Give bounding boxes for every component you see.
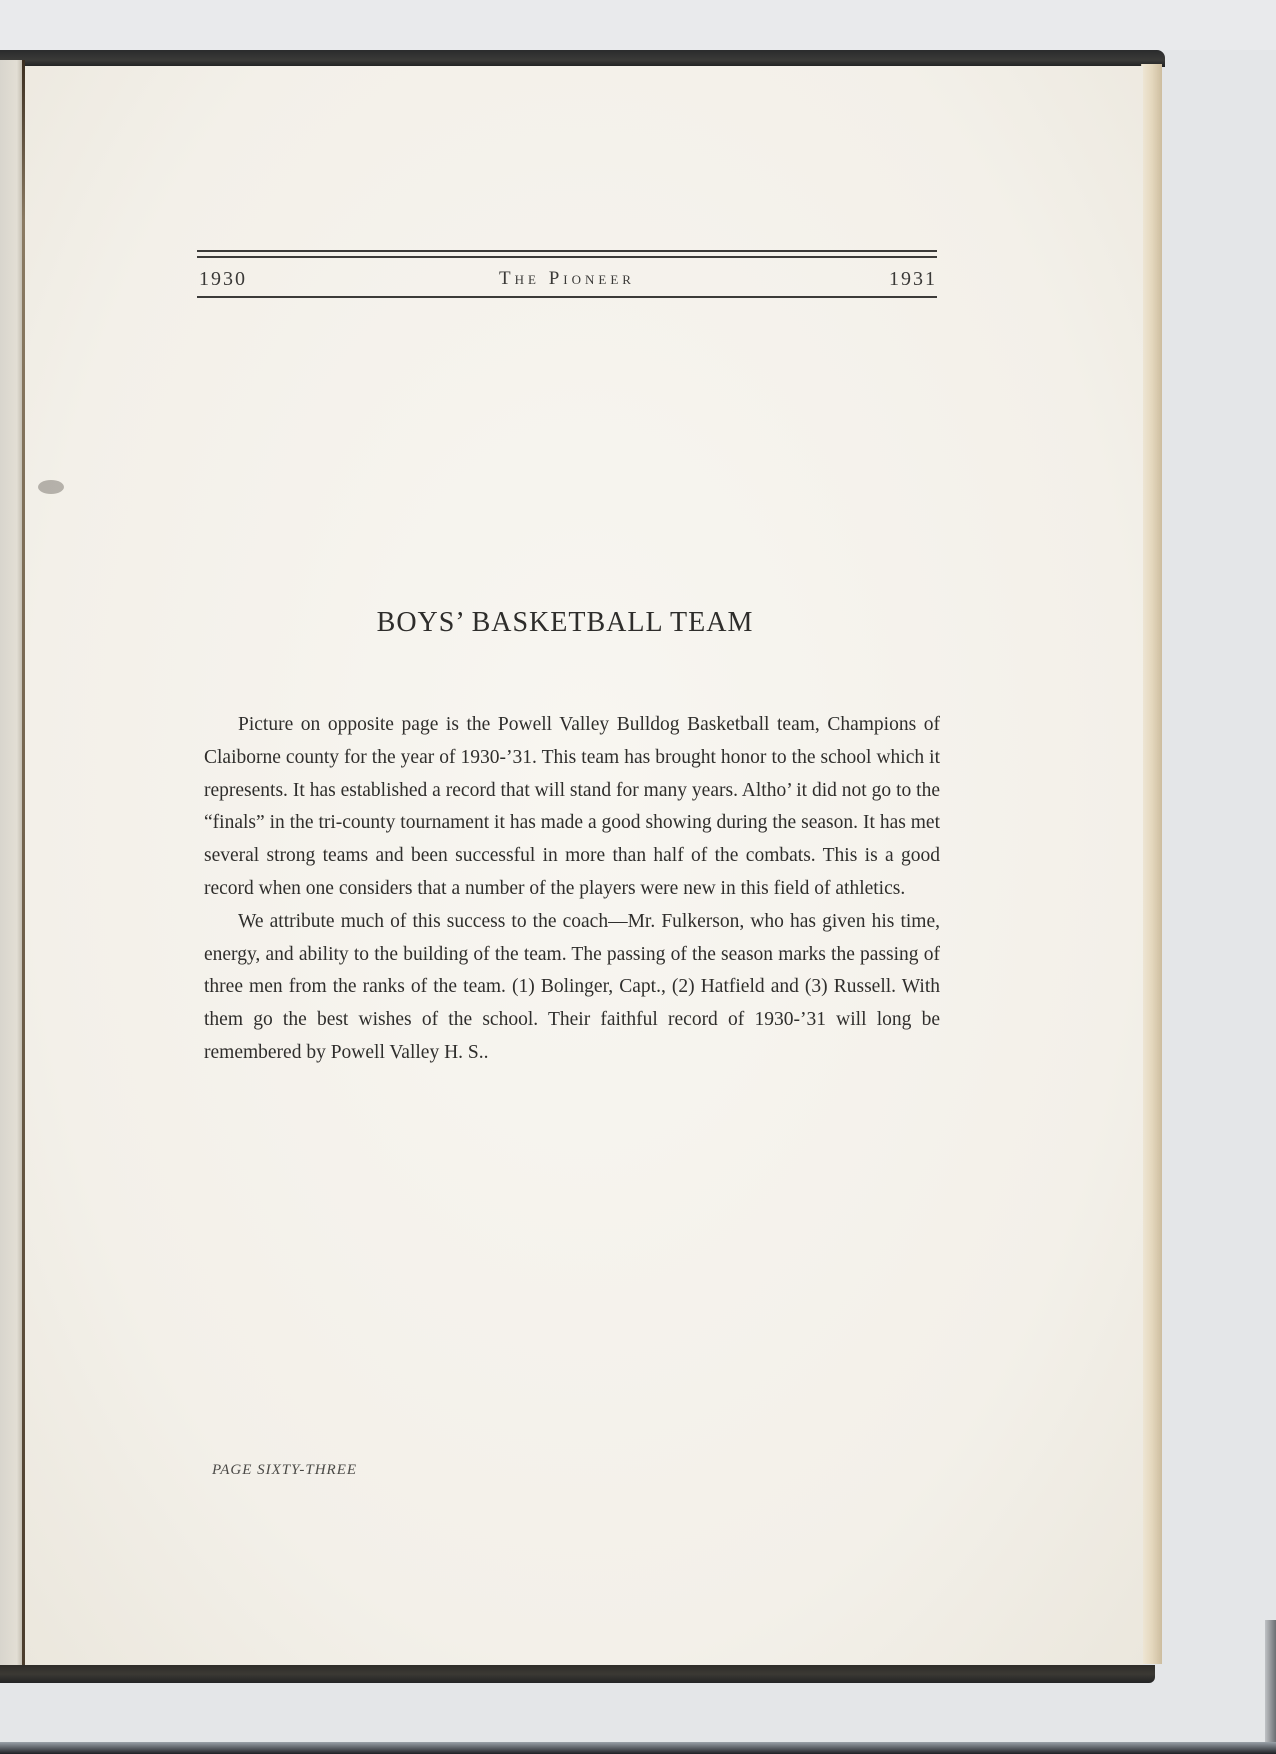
page-stack-edge — [1141, 64, 1162, 1664]
scanner-background — [0, 0, 1276, 50]
article-title: BOYS’ BASKETBALL TEAM — [0, 607, 1130, 639]
book-cover-top-edge — [0, 50, 1165, 67]
scanner-edge-right — [1265, 1620, 1276, 1754]
book-cover-bottom-edge — [0, 1665, 1155, 1683]
header-bottom-rule — [197, 296, 937, 298]
paragraph: We attribute much of this success to the… — [204, 906, 940, 1070]
article-body: Picture on opposite page is the Powell V… — [204, 709, 940, 1070]
header-row: 1930 The Pioneer 1931 — [197, 258, 937, 296]
header-top-rule — [197, 250, 937, 252]
book-spine-line — [22, 60, 25, 1680]
paper-stain — [38, 480, 64, 494]
page-number-label: PAGE SIXTY-THREE — [212, 1462, 357, 1479]
publication-title: The Pioneer — [197, 268, 937, 290]
scanner-edge-bottom — [0, 1742, 1276, 1754]
paragraph: Picture on opposite page is the Powell V… — [204, 709, 940, 906]
running-header: 1930 The Pioneer 1931 — [197, 250, 937, 298]
book-binding-gutter — [0, 60, 24, 1680]
header-year-right: 1931 — [889, 268, 937, 291]
